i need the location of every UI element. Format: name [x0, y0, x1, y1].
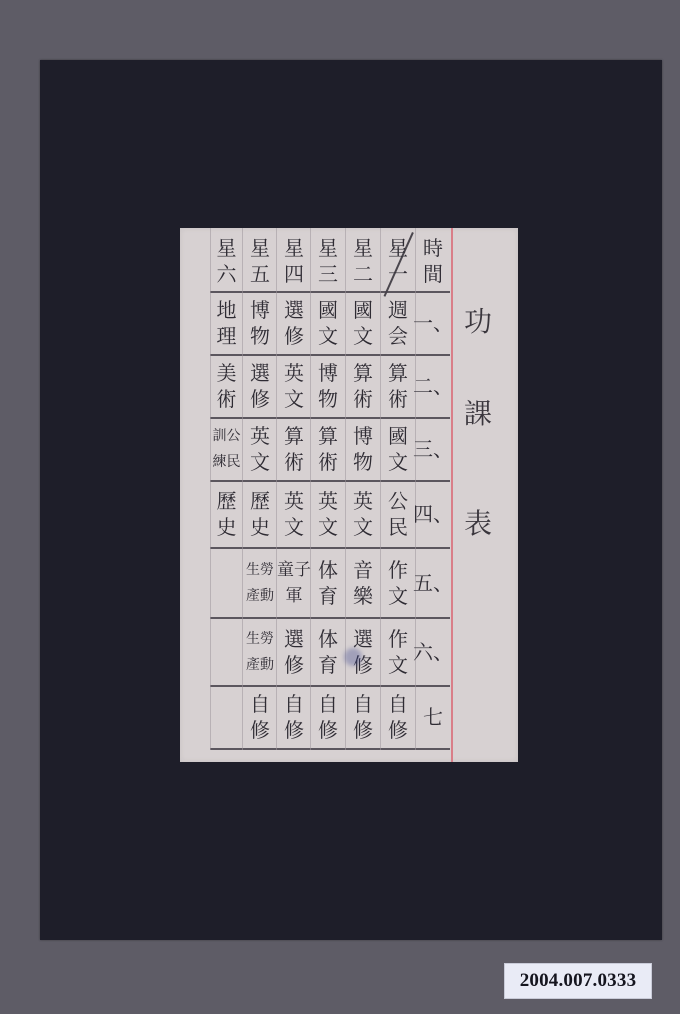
- cell-wed-4: 英文: [311, 481, 345, 547]
- day-header-tue: 星二: [346, 232, 380, 290]
- cell-mon-4: 公民: [380, 481, 416, 547]
- cell-thu-7: 自修: [277, 686, 311, 748]
- cell-sat-4: 歷史: [210, 481, 243, 547]
- cell-tue-5: 音樂: [346, 548, 380, 617]
- cell-fri-7: 自修: [243, 686, 277, 748]
- day-header-mon: 星一: [380, 232, 416, 290]
- cell-tue-2: 算術: [346, 355, 380, 417]
- cell-wed-2: 博物: [311, 355, 345, 417]
- cell-fri-3: 英文: [243, 418, 277, 480]
- cell-fri-5: 生勞產動: [243, 548, 277, 617]
- cell-thu-3: 算術: [277, 418, 311, 480]
- day-label: 一: [388, 261, 408, 287]
- day-label: 二: [353, 261, 373, 287]
- cell-sat-1: 地理: [210, 292, 243, 354]
- cell-sat-3: 訓公練民: [210, 418, 243, 480]
- day-label: 三: [318, 261, 338, 287]
- red-margin-line: [451, 228, 453, 762]
- cell-mon-3: 國文: [380, 418, 416, 480]
- cell-thu-4: 英文: [277, 481, 311, 547]
- cell-fri-2: 選修: [243, 355, 277, 417]
- cell-mon-7: 自修: [380, 686, 416, 748]
- period-label: 四、: [416, 481, 450, 547]
- title-char: 表: [458, 502, 498, 542]
- day-label: 星: [318, 235, 338, 261]
- cell-mon-5: 作文: [380, 548, 416, 617]
- period-label: 一、: [416, 292, 450, 354]
- day-label: 星: [353, 235, 373, 261]
- cell-thu-2: 英文: [277, 355, 311, 417]
- day-header-wed: 星三: [311, 232, 345, 290]
- day-label: 六: [217, 261, 237, 287]
- corner-header: 時 間: [416, 232, 450, 290]
- day-label: 四: [284, 261, 304, 287]
- cell-thu-6: 選修: [277, 618, 311, 685]
- cell-sat-7: [210, 686, 243, 748]
- period-label: 六、: [416, 618, 450, 685]
- period-label: 五、: [416, 548, 450, 617]
- cell-mon-6: 作文: [380, 618, 416, 685]
- cell-wed-6: 体育: [311, 618, 345, 685]
- row-line: [210, 748, 450, 750]
- cell-sat-5: [210, 548, 243, 617]
- cell-thu-1: 選修: [277, 292, 311, 354]
- day-header-fri: 星五: [243, 232, 277, 290]
- period-label: 三、: [416, 418, 450, 480]
- corner-time-bottom: 間: [423, 261, 443, 287]
- cell-sat-2: 美術: [210, 355, 243, 417]
- day-label: 星: [388, 235, 408, 261]
- cell-tue-7: 自修: [346, 686, 380, 748]
- title-char: 課: [458, 392, 498, 432]
- title-char: 功: [458, 300, 498, 340]
- cell-fri-1: 博物: [243, 292, 277, 354]
- day-label: 星: [250, 235, 270, 261]
- period-label: 七: [416, 686, 450, 748]
- cell-mon-1: 週会: [380, 292, 416, 354]
- cell-tue-4: 英文: [346, 481, 380, 547]
- period-label: 二、: [416, 355, 450, 417]
- cell-wed-1: 國文: [311, 292, 345, 354]
- cell-wed-3: 算術: [311, 418, 345, 480]
- day-label: 星: [217, 235, 237, 261]
- cell-tue-1: 國文: [346, 292, 380, 354]
- cell-mon-2: 算術: [380, 355, 416, 417]
- day-label: 五: [250, 261, 270, 287]
- cell-wed-7: 自修: [311, 686, 345, 748]
- corner-time-top: 時: [423, 235, 443, 261]
- cell-fri-4: 歷史: [243, 481, 277, 547]
- ink-blot: [344, 648, 362, 666]
- day-label: 星: [284, 235, 304, 261]
- day-header-sat: 星六: [210, 232, 243, 290]
- cell-fri-6: 生勞產動: [243, 618, 277, 685]
- cell-tue-3: 博物: [346, 418, 380, 480]
- cell-sat-6: [210, 618, 243, 685]
- day-header-thu: 星四: [277, 232, 311, 290]
- catalog-number-label: 2004.007.0333: [504, 963, 652, 999]
- cell-thu-5: 童子軍: [277, 548, 311, 617]
- timetable-paper: 功 課 表 時 間 星一 星二 星三 星四 星五 星六 一、 週会 國文 國文 …: [180, 228, 518, 762]
- cell-wed-5: 体育: [311, 548, 345, 617]
